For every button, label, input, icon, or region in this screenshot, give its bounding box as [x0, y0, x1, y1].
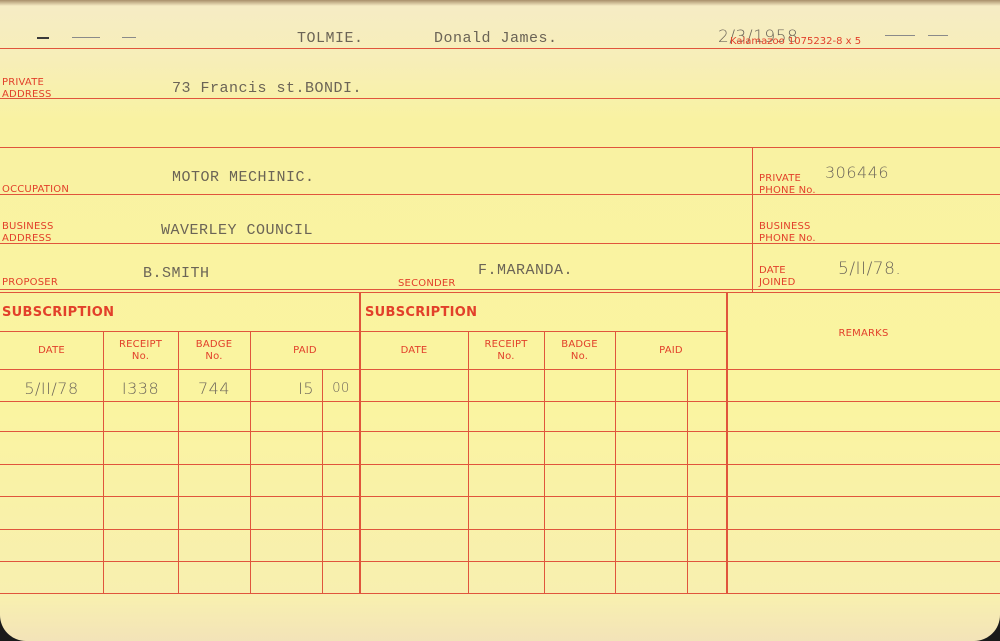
value-private-phone: 306446 — [825, 163, 889, 182]
label-private-phone: PRIVATEPHONE No. — [759, 173, 816, 197]
cell-receipt: I338 — [103, 379, 178, 398]
col-header-receipt: RECEIPTNo. — [468, 339, 544, 363]
label-occupation: OCCUPATION — [2, 184, 69, 196]
top-mark — [928, 35, 948, 36]
rule-business-address — [0, 243, 1000, 244]
surname: TOLMIE. — [297, 30, 364, 47]
cell-date: 5/II/78 — [0, 379, 103, 398]
table-divider — [359, 292, 361, 594]
col-header-receipt: RECEIPTNo. — [103, 339, 178, 363]
rule-proposer — [0, 289, 1000, 290]
col-line — [544, 332, 545, 594]
rule-proposer-double — [0, 292, 1000, 293]
rule-col-header — [0, 369, 1000, 370]
label-business-address: BUSINESSADDRESS — [2, 221, 54, 245]
col-line — [103, 332, 104, 594]
cell-paid-cents: 00 — [322, 381, 360, 396]
given-names: Donald James. — [434, 30, 558, 47]
rule-row — [0, 496, 1000, 497]
label-business-phone: BUSINESSPHONE No. — [759, 221, 816, 245]
col-line — [250, 332, 251, 594]
label-date-joined: DATEJOINED — [759, 265, 795, 289]
cell-badge: 744 — [178, 379, 250, 398]
rule-sub1-title — [0, 331, 360, 332]
rule-row — [0, 464, 1000, 465]
printer-mark: Kalamazoo 1075232-8 x 5 — [730, 36, 861, 47]
value-occupation: MOTOR MECHINIC. — [172, 169, 315, 186]
col-header-date: DATE — [360, 345, 468, 357]
rule-address-2 — [0, 147, 1000, 148]
col-header-badge: BADGENo. — [544, 339, 615, 363]
label-seconder: SECONDER — [398, 278, 456, 290]
rule-row — [0, 431, 1000, 432]
col-line-cents — [322, 369, 323, 594]
col-line — [615, 332, 616, 594]
rule-occupation — [0, 194, 1000, 195]
col-header-date: DATE — [0, 345, 103, 357]
top-mark — [72, 37, 100, 38]
subscription-title-1: SUBSCRIPTION — [2, 307, 114, 319]
value-private-address: 73 Francis st.BONDI. — [172, 80, 362, 97]
col-line-cents — [687, 369, 688, 594]
label-remarks: REMARKS — [727, 328, 1000, 340]
rule-private-address — [0, 98, 1000, 99]
value-date-joined: 5/II/78. — [838, 259, 901, 279]
col-line — [468, 332, 469, 594]
cell-paid-dollars: I5 — [250, 379, 314, 398]
membership-record-card: TOLMIE. Donald James. 2/3/1958 Kalamazoo… — [0, 0, 1000, 641]
value-seconder: F.MARANDA. — [478, 262, 573, 279]
rule-row — [0, 561, 1000, 562]
top-mark — [37, 37, 49, 39]
top-mark — [122, 37, 136, 38]
value-proposer: B.SMITH — [143, 265, 210, 282]
col-header-badge: BADGENo. — [178, 339, 250, 363]
divider-phone-panel — [752, 147, 753, 292]
col-header-paid: PAID — [250, 345, 360, 357]
rule-row — [0, 401, 1000, 402]
col-line — [178, 332, 179, 594]
subscription-title-2: SUBSCRIPTION — [365, 307, 477, 319]
rule-row — [0, 529, 1000, 530]
rule-name — [0, 48, 1000, 49]
value-business-address: WAVERLEY COUNCIL — [161, 222, 313, 239]
col-header-paid: PAID — [615, 345, 727, 357]
top-mark — [885, 35, 915, 36]
label-proposer: PROPOSER — [2, 277, 58, 289]
label-private-address: PRIVATEADDRESS — [2, 77, 52, 101]
rule-table-bottom — [0, 593, 1000, 594]
